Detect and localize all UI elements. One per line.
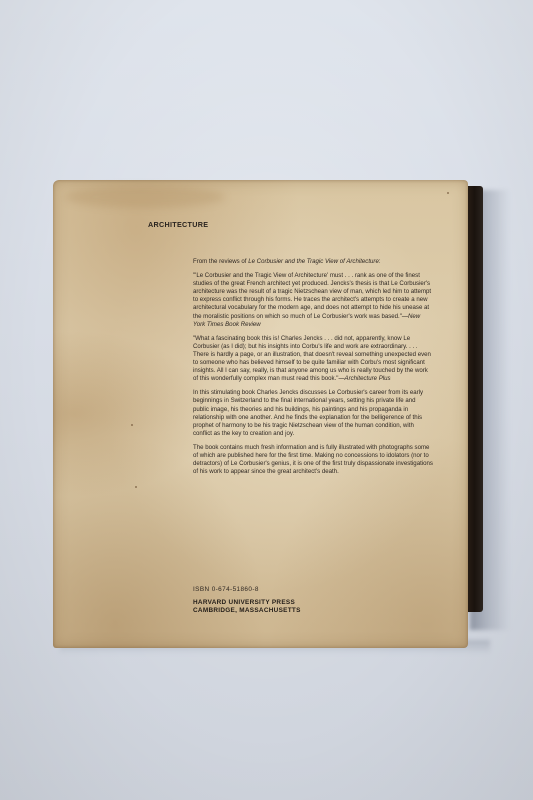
category-heading: ARCHITECTURE xyxy=(148,220,208,229)
reviews-intro: From the reviews of Le Corbusier and the… xyxy=(193,258,433,266)
cover-stain xyxy=(65,186,225,208)
publisher-block: HARVARD UNIVERSITY PRESS CAMBRIDGE, MASS… xyxy=(193,599,301,615)
review-quote: "What a fascinating book this is! Charle… xyxy=(193,335,433,384)
cover-speck xyxy=(131,424,133,426)
book-spine-edge xyxy=(466,186,483,612)
book-title: Le Corbusier and the Tragic View of Arch… xyxy=(248,258,379,265)
publisher-location: CAMBRIDGE, MASSACHUSETTS xyxy=(193,607,301,615)
back-cover-body: From the reviews of Le Corbusier and the… xyxy=(193,258,433,482)
cover-speck xyxy=(135,486,137,488)
review-quote: "'Le Corbusier and the Tragic View of Ar… xyxy=(193,272,433,329)
book-description: The book contains much fresh information… xyxy=(193,444,433,476)
book-description: In this stimulating book Charles Jencks … xyxy=(193,389,433,438)
isbn-number: ISBN 0-674-51860-8 xyxy=(193,586,259,593)
cover-speck xyxy=(447,192,449,194)
book-back-cover: ARCHITECTURE From the reviews of Le Corb… xyxy=(53,180,468,648)
review-source: —Architecture Plus xyxy=(338,375,390,382)
publisher-name: HARVARD UNIVERSITY PRESS xyxy=(193,599,301,607)
